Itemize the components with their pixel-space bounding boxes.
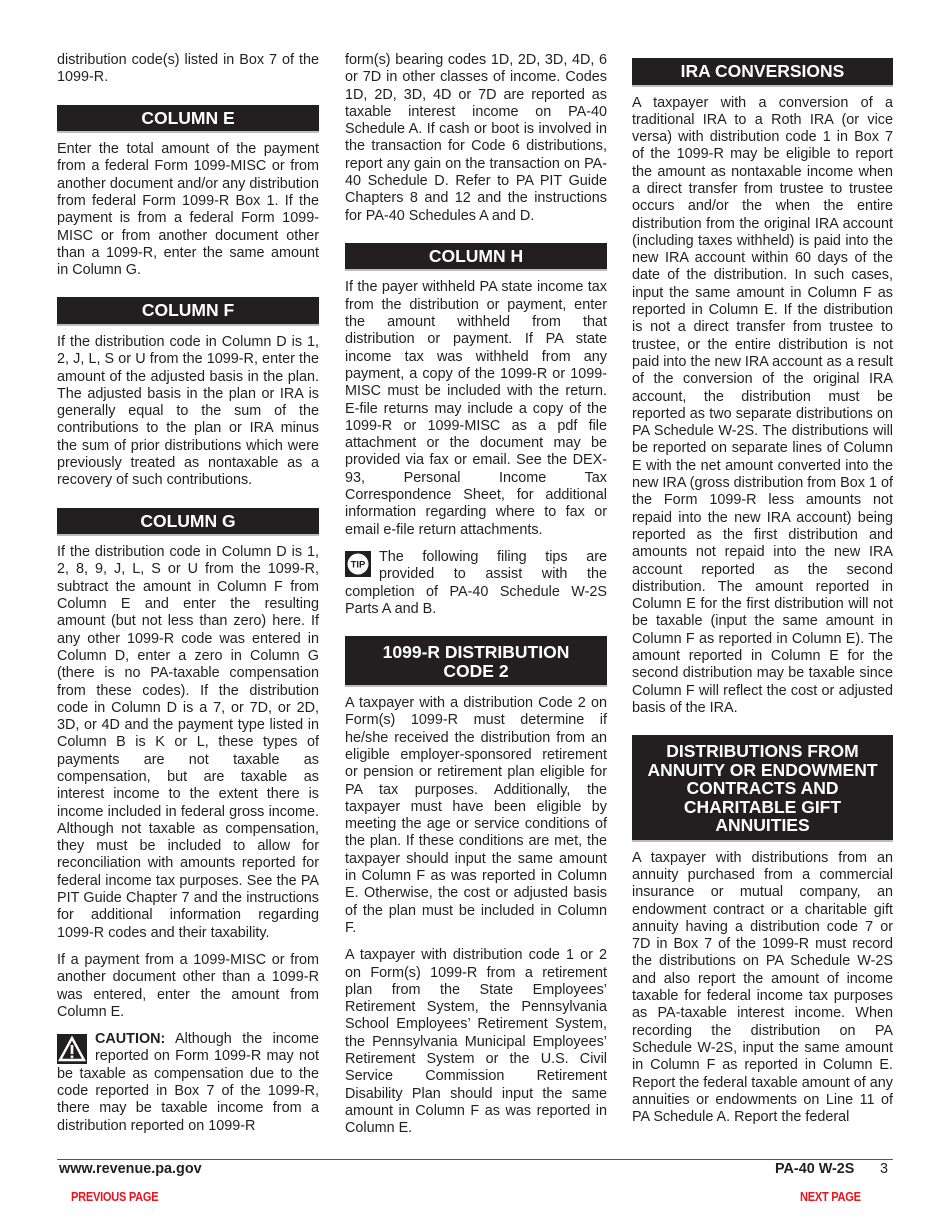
heading-line: ANNUITIES <box>634 816 891 835</box>
heading-line: 1099-R DISTRIBUTION <box>347 643 605 662</box>
caution-triangle-icon <box>57 1034 87 1064</box>
heading-line: ANNUITY OR ENDOWMENT <box>634 761 891 780</box>
section-heading-column-g: COLUMN G <box>57 508 319 537</box>
column2-intro: form(s) bearing codes 1D, 2D, 3D, 4D, 6 … <box>345 52 607 225</box>
column-1: distribution code(s) listed in Box 7 of … <box>57 52 319 1135</box>
column-f-text: If the distribution code in Column D is … <box>57 334 319 490</box>
code-2-text-2: A taxpayer with distribution code 1 or 2… <box>345 947 607 1137</box>
column-h-text: If the payer withheld PA state income ta… <box>345 279 607 538</box>
footer-website: www.revenue.pa.gov <box>59 1161 202 1177</box>
footer-form-id: PA-40 W-2S <box>775 1161 854 1177</box>
heading-line: DISTRIBUTIONS FROM <box>634 742 891 761</box>
section-heading-ira-conversions: IRA CONVERSIONS <box>632 58 893 87</box>
section-heading-column-h: COLUMN H <box>345 243 607 272</box>
column-e-text: Enter the total amount of the payment fr… <box>57 141 319 279</box>
tip-text: The following filing tips are provided t… <box>345 549 607 617</box>
tip-icon: TIP <box>345 551 371 577</box>
section-heading-column-e: COLUMN E <box>57 105 319 134</box>
code-2-text: A taxpayer with a distribution Code 2 on… <box>345 695 607 937</box>
heading-line: CONTRACTS AND <box>634 779 891 798</box>
tip-note: TIP The following filing tips are provid… <box>345 549 607 618</box>
next-page-link[interactable]: NEXT PAGE <box>800 1189 861 1204</box>
column-g-text: If the distribution code in Column D is … <box>57 544 319 942</box>
caution-note: CAUTION: Although the income reported on… <box>57 1031 319 1135</box>
ira-conversions-text: A taxpayer with a conversion of a tradit… <box>632 95 893 718</box>
section-heading-distribution-code-2: 1099-R DISTRIBUTION CODE 2 <box>345 636 607 687</box>
previous-page-link[interactable]: PREVIOUS PAGE <box>71 1189 158 1204</box>
heading-line: CHARITABLE GIFT <box>634 798 891 817</box>
annuity-text: A taxpayer with distributions from an an… <box>632 850 893 1127</box>
svg-text:TIP: TIP <box>351 559 366 570</box>
column-g-text-2: If a payment from a 1099-MISC or from an… <box>57 952 319 1021</box>
footer-divider <box>57 1159 893 1160</box>
section-heading-column-f: COLUMN F <box>57 297 319 326</box>
section-heading-annuity-distributions: DISTRIBUTIONS FROM ANNUITY OR ENDOWMENT … <box>632 735 893 842</box>
document-page: distribution code(s) listed in Box 7 of … <box>57 52 893 1152</box>
footer-page-number: 3 <box>880 1161 888 1177</box>
column-2: form(s) bearing codes 1D, 2D, 3D, 4D, 6 … <box>345 52 607 1138</box>
heading-line: CODE 2 <box>347 662 605 681</box>
caution-label: CAUTION: <box>95 1031 165 1047</box>
column-3: IRA CONVERSIONS A taxpayer with a conver… <box>632 52 893 1126</box>
column1-intro: distribution code(s) listed in Box 7 of … <box>57 52 319 87</box>
